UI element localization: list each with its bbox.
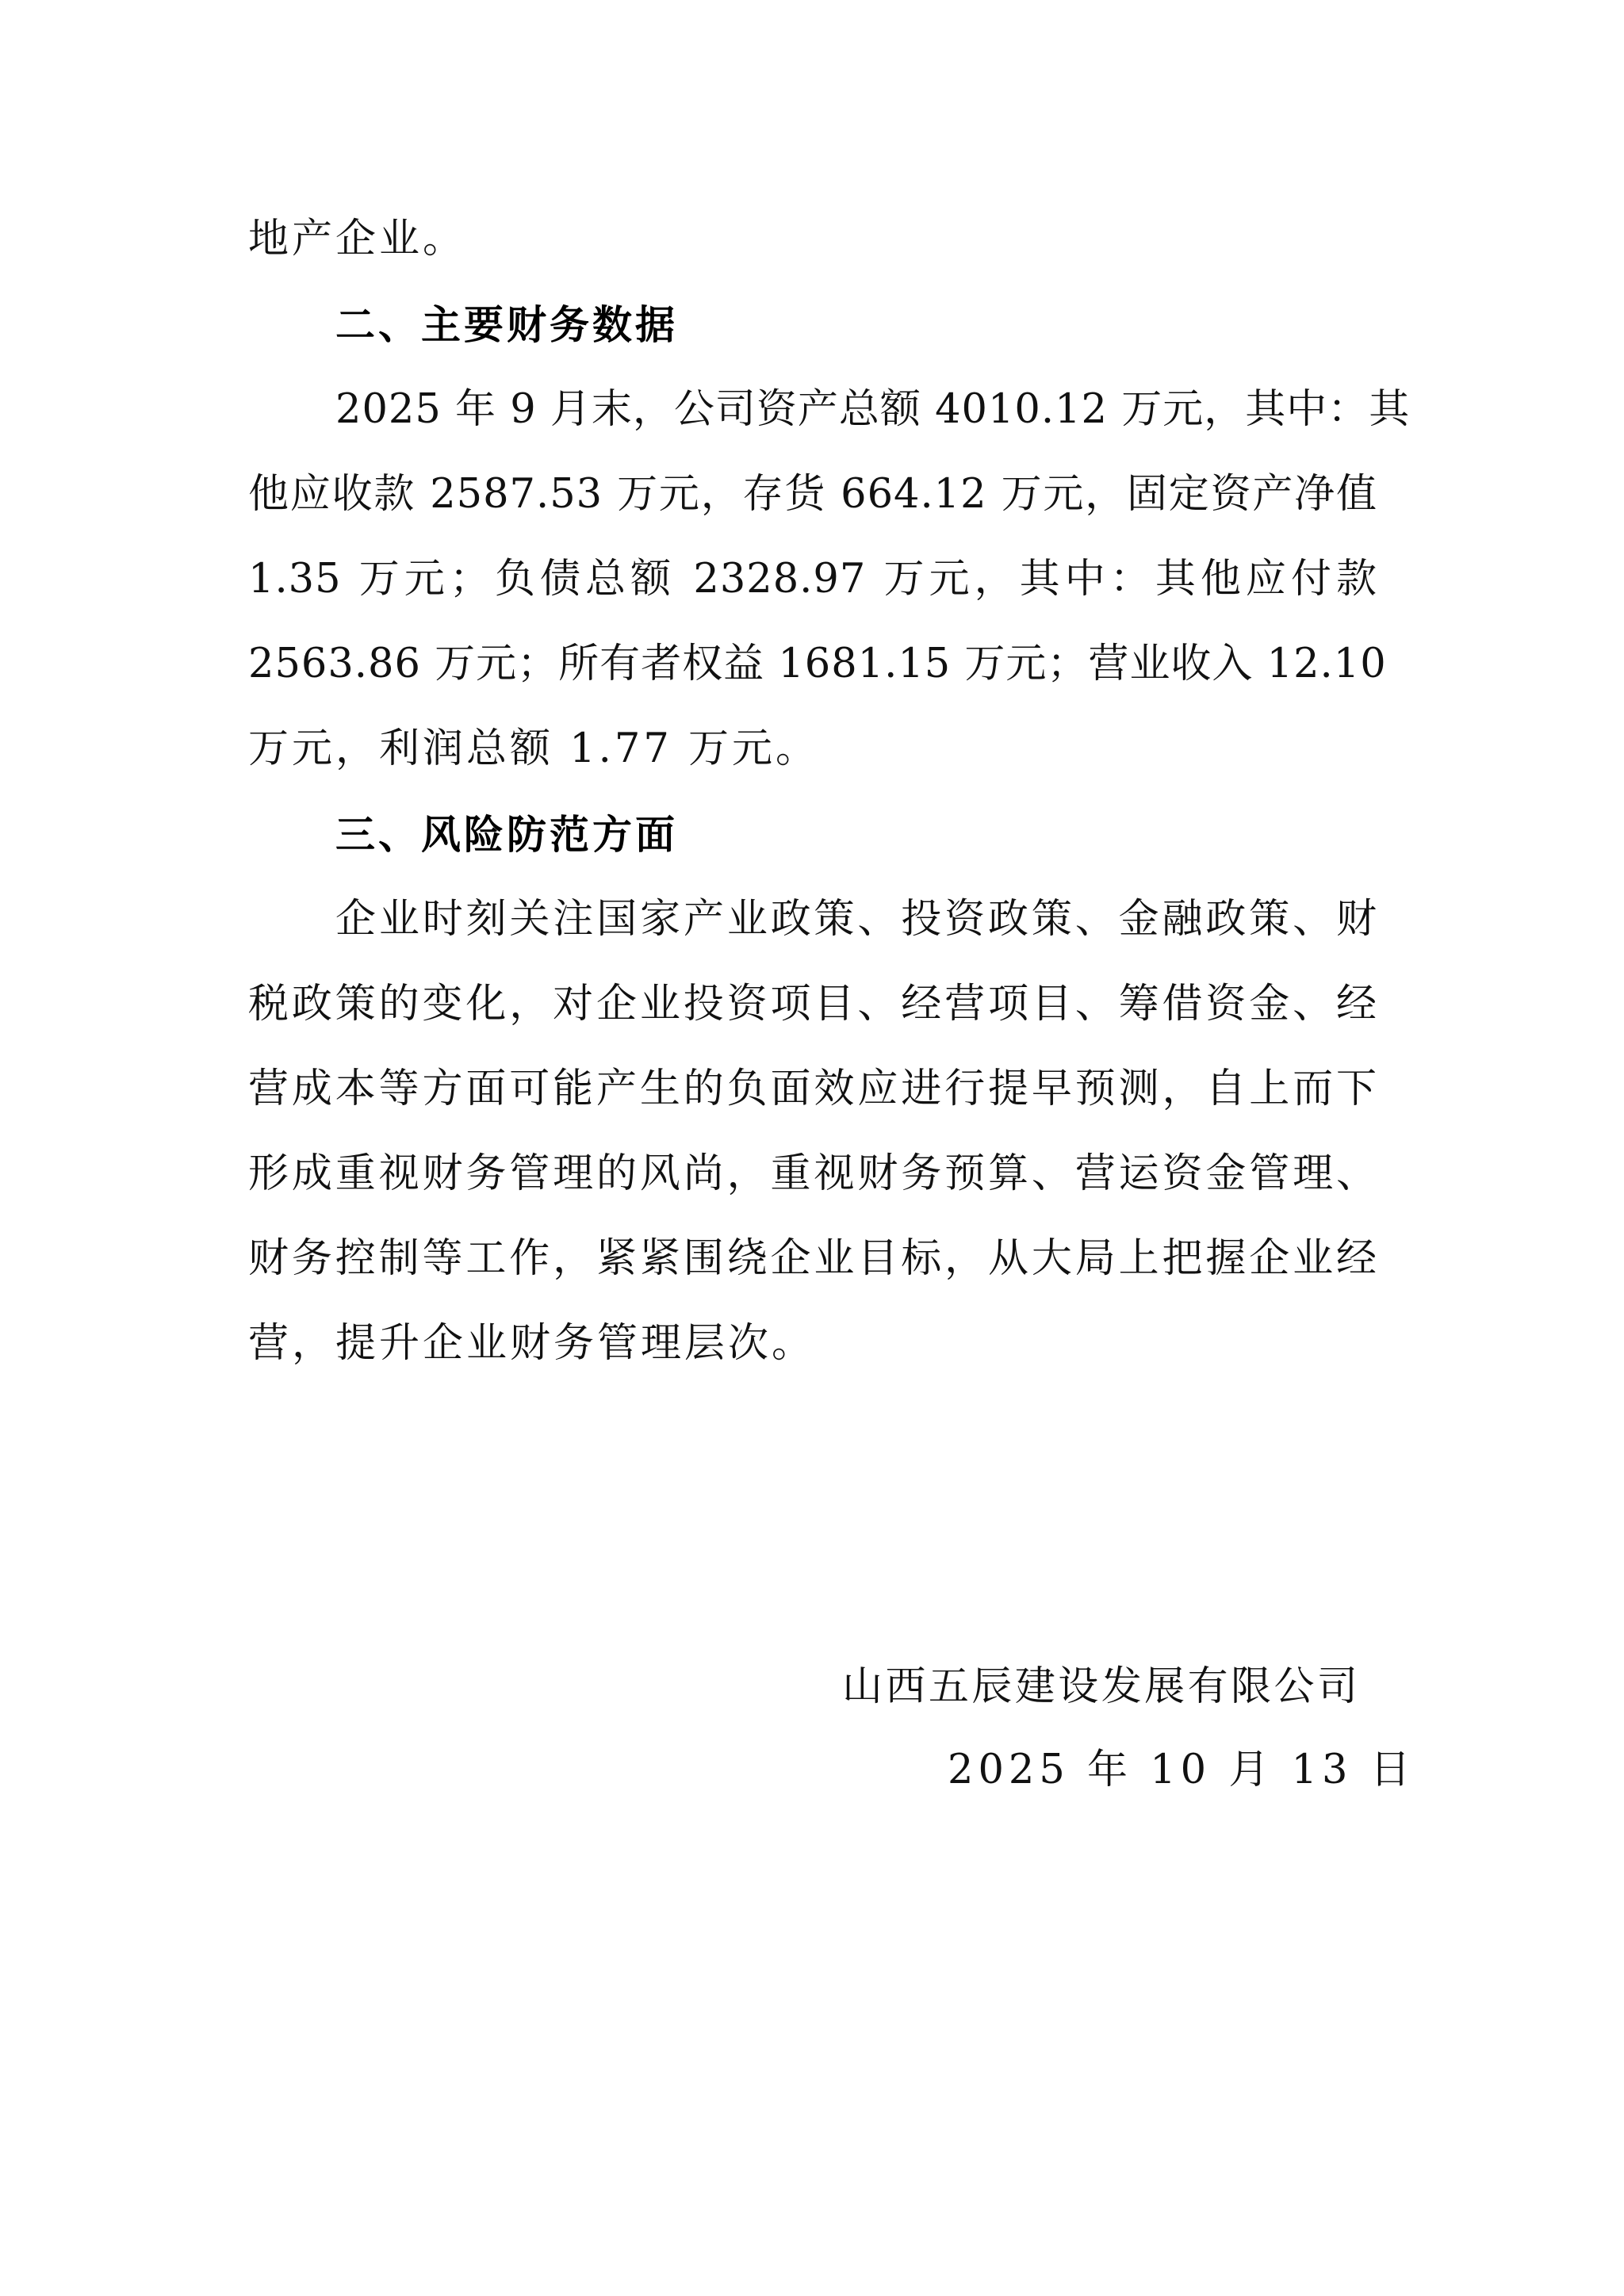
paragraph-line: 他应收款 2587.53 万元，存货 664.12 万元，固定资产净值 bbox=[248, 467, 1377, 522]
paragraph-line: 营成本等方面可能产生的负面效应进行提早预测，自上而下 bbox=[248, 1062, 1377, 1117]
paragraph-line: 万元，利润总额 1.77 万元。 bbox=[248, 721, 1377, 777]
paragraph-line: 1.35 万元；负债总额 2328.97 万元，其中：其他应付款 bbox=[248, 552, 1377, 607]
document-page: 地产企业。 二、主要财务数据 2025 年 9 月末，公司资产总额 4010.1… bbox=[0, 0, 1624, 2296]
paragraph-line: 企业时刻关注国家产业政策、投资政策、金融政策、财 bbox=[335, 892, 1377, 947]
paragraph-line: 营，提升企业财务管理层次。 bbox=[248, 1316, 1377, 1372]
paragraph-line: 形成重视财务管理的风尚，重视财务预算、营运资金管理、 bbox=[248, 1146, 1377, 1202]
continuation-line: 地产企业。 bbox=[248, 212, 1377, 267]
paragraph-line: 2025 年 9 月末，公司资产总额 4010.12 万元，其中：其 bbox=[335, 382, 1377, 438]
section-heading-financial-data: 二、主要财务数据 bbox=[335, 297, 678, 353]
signature-date: 2025 年 10 月 13 日 bbox=[948, 1743, 1415, 1798]
paragraph-line: 2563.86 万元；所有者权益 1681.15 万元；营业收入 12.10 bbox=[248, 637, 1377, 692]
paragraph-line: 税政策的变化，对企业投资项目、经营项目、筹借资金、经 bbox=[248, 977, 1377, 1032]
paragraph-line: 财务控制等工作，紧紧围绕企业目标，从大局上把握企业经 bbox=[248, 1231, 1377, 1287]
section-heading-risk-prevention: 三、风险防范方面 bbox=[335, 807, 678, 863]
signature-company: 山西五辰建设发展有限公司 bbox=[842, 1659, 1358, 1715]
